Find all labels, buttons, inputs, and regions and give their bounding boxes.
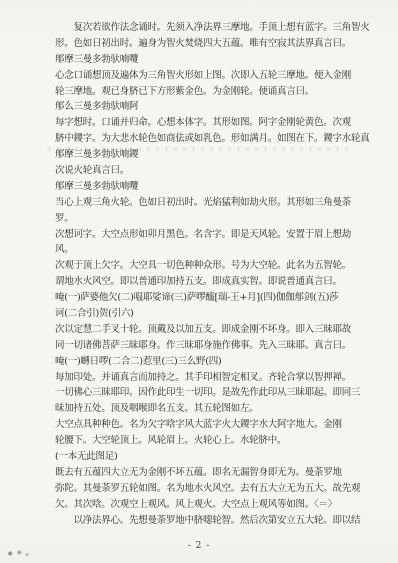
text-line: 脐中鑁字。为大悲水轮色如商佉或如乳色。形如满月。如图在下。鑁字水轮真 xyxy=(55,131,385,147)
text-line: 轮三摩地。观已身脐已下方形紫金色。为金刚轮。便诵真言曰。 xyxy=(55,84,385,100)
text-line: 复次若欲作法念诵时。先须入净法界三摩地。手顶上想有蓝字。三角智火 xyxy=(55,20,385,36)
text-line: 次想诃字。大空点形如卯月黑色。名含字。即是天风轮。安置于眉上想劫 xyxy=(55,227,385,243)
text-line: 心念口诵想顶及遍体为三角智火形如上图。次即入五轮三摩地。便入金刚 xyxy=(55,68,385,84)
text-line: 一切佛心三昧耶印。因作此印生一切印。是故先作此印从三昧耶起。即同三 xyxy=(55,385,385,401)
text-line: 每加印处。并诵真言而加持之。其手印相智定相叉。齐轮合掌以智押禅。 xyxy=(55,370,385,386)
text-line: (一本无此图足) xyxy=(55,449,385,465)
text-line: 唵(一)嚩日啰(二合二)惹里(三)三么野(四) xyxy=(55,354,385,370)
text-line: 既去有五蕴四大立无为金刚不坏五蕴。即名无漏智身即无为。曼荼罗地 xyxy=(55,465,385,481)
text-line: 谓地水火风空。即以普通印加持五支。即成真实智。即说普通真言曰。 xyxy=(55,274,385,290)
text-line: 次说火轮真言曰。 xyxy=(55,163,385,179)
scanned-document-page: 复次若欲作法念诵时。先须入净法界三摩地。手顶上想有蓝字。三角智火形。色如日初出时… xyxy=(0,0,398,563)
text-block: 复次若欲作法念诵时。先须入净法界三摩地。手顶上想有蓝字。三角智火形。色如日初出时… xyxy=(55,20,385,529)
text-line: 郍摩三曼多勃驮喃囕 xyxy=(55,179,385,195)
text-line: 以净法界心。先想曼荼罗地中脐噁轮智。然后次第安立五大轮。即以结 xyxy=(55,513,385,529)
text-line: 次观于顶上欠字。大空具一切色种种众形。号为大空轮。此名为五智轮。 xyxy=(55,258,385,274)
text-line: 昧加持五处。顶及咽喉即名五支。其五轮图如左。 xyxy=(55,401,385,417)
text-line: 次以定慧二手叉十轮。顶戴及以加五支。即成金刚不坏身。即入三昧耶故 xyxy=(55,322,385,338)
text-line: 风。 xyxy=(55,242,385,258)
text-line: 形。色如日初出时。遍身为智火焚烧四大五蕴。唯有空寂其法界真言曰。 xyxy=(55,36,385,52)
text-line: 欠。其次唅。次观空上观风。风上观火。大空点上观风等如图。〈＝〉 xyxy=(55,497,385,513)
text-line: 郍摩三曼多勃驮喃鑁 xyxy=(55,147,385,163)
text-line: 当心上观三角火轮。色如日初出时。光焰猛利如劫火形。其形如三角曼荼 xyxy=(55,195,385,211)
text-line: 弥陀。其曼荼罗五轮如图。名为地水火风空。去有五大立无为五大。故先观 xyxy=(55,481,385,497)
text-line: 郍么三曼多勃驮喃阿 xyxy=(55,99,385,115)
text-line: 每字想时。口诵并归命。心想本体字。其形如图。阿字金刚轮黄色。次观 xyxy=(55,115,385,131)
text-line: 唵(一)萨婆他欠(二)嗢耶娑谛(三)萨啰醯[瑞-王+月](四)伽伽郍剑(五)莎 xyxy=(55,290,385,306)
text-line: 诃(二合引)贺(引六) xyxy=(55,306,385,322)
text-line: 罗。 xyxy=(55,211,385,227)
text-line: 轮腰下。大空轮顶上。风轮眉上。火轮心上。水轮脐中。 xyxy=(55,433,385,449)
footer-page-number: - 2 - xyxy=(0,541,398,551)
text-line: 郍摩三曼多勃驮喃囕 xyxy=(55,52,385,68)
text-line: 大空点具种种色。名为欠字唅字风大蓝字火大鑁字水大阿字地大。金刚 xyxy=(55,417,385,433)
text-line: 同一切诸佛菩萨三昧耶身。作三昧耶身施作佛事。先入三昧耶。真言曰。 xyxy=(55,338,385,354)
